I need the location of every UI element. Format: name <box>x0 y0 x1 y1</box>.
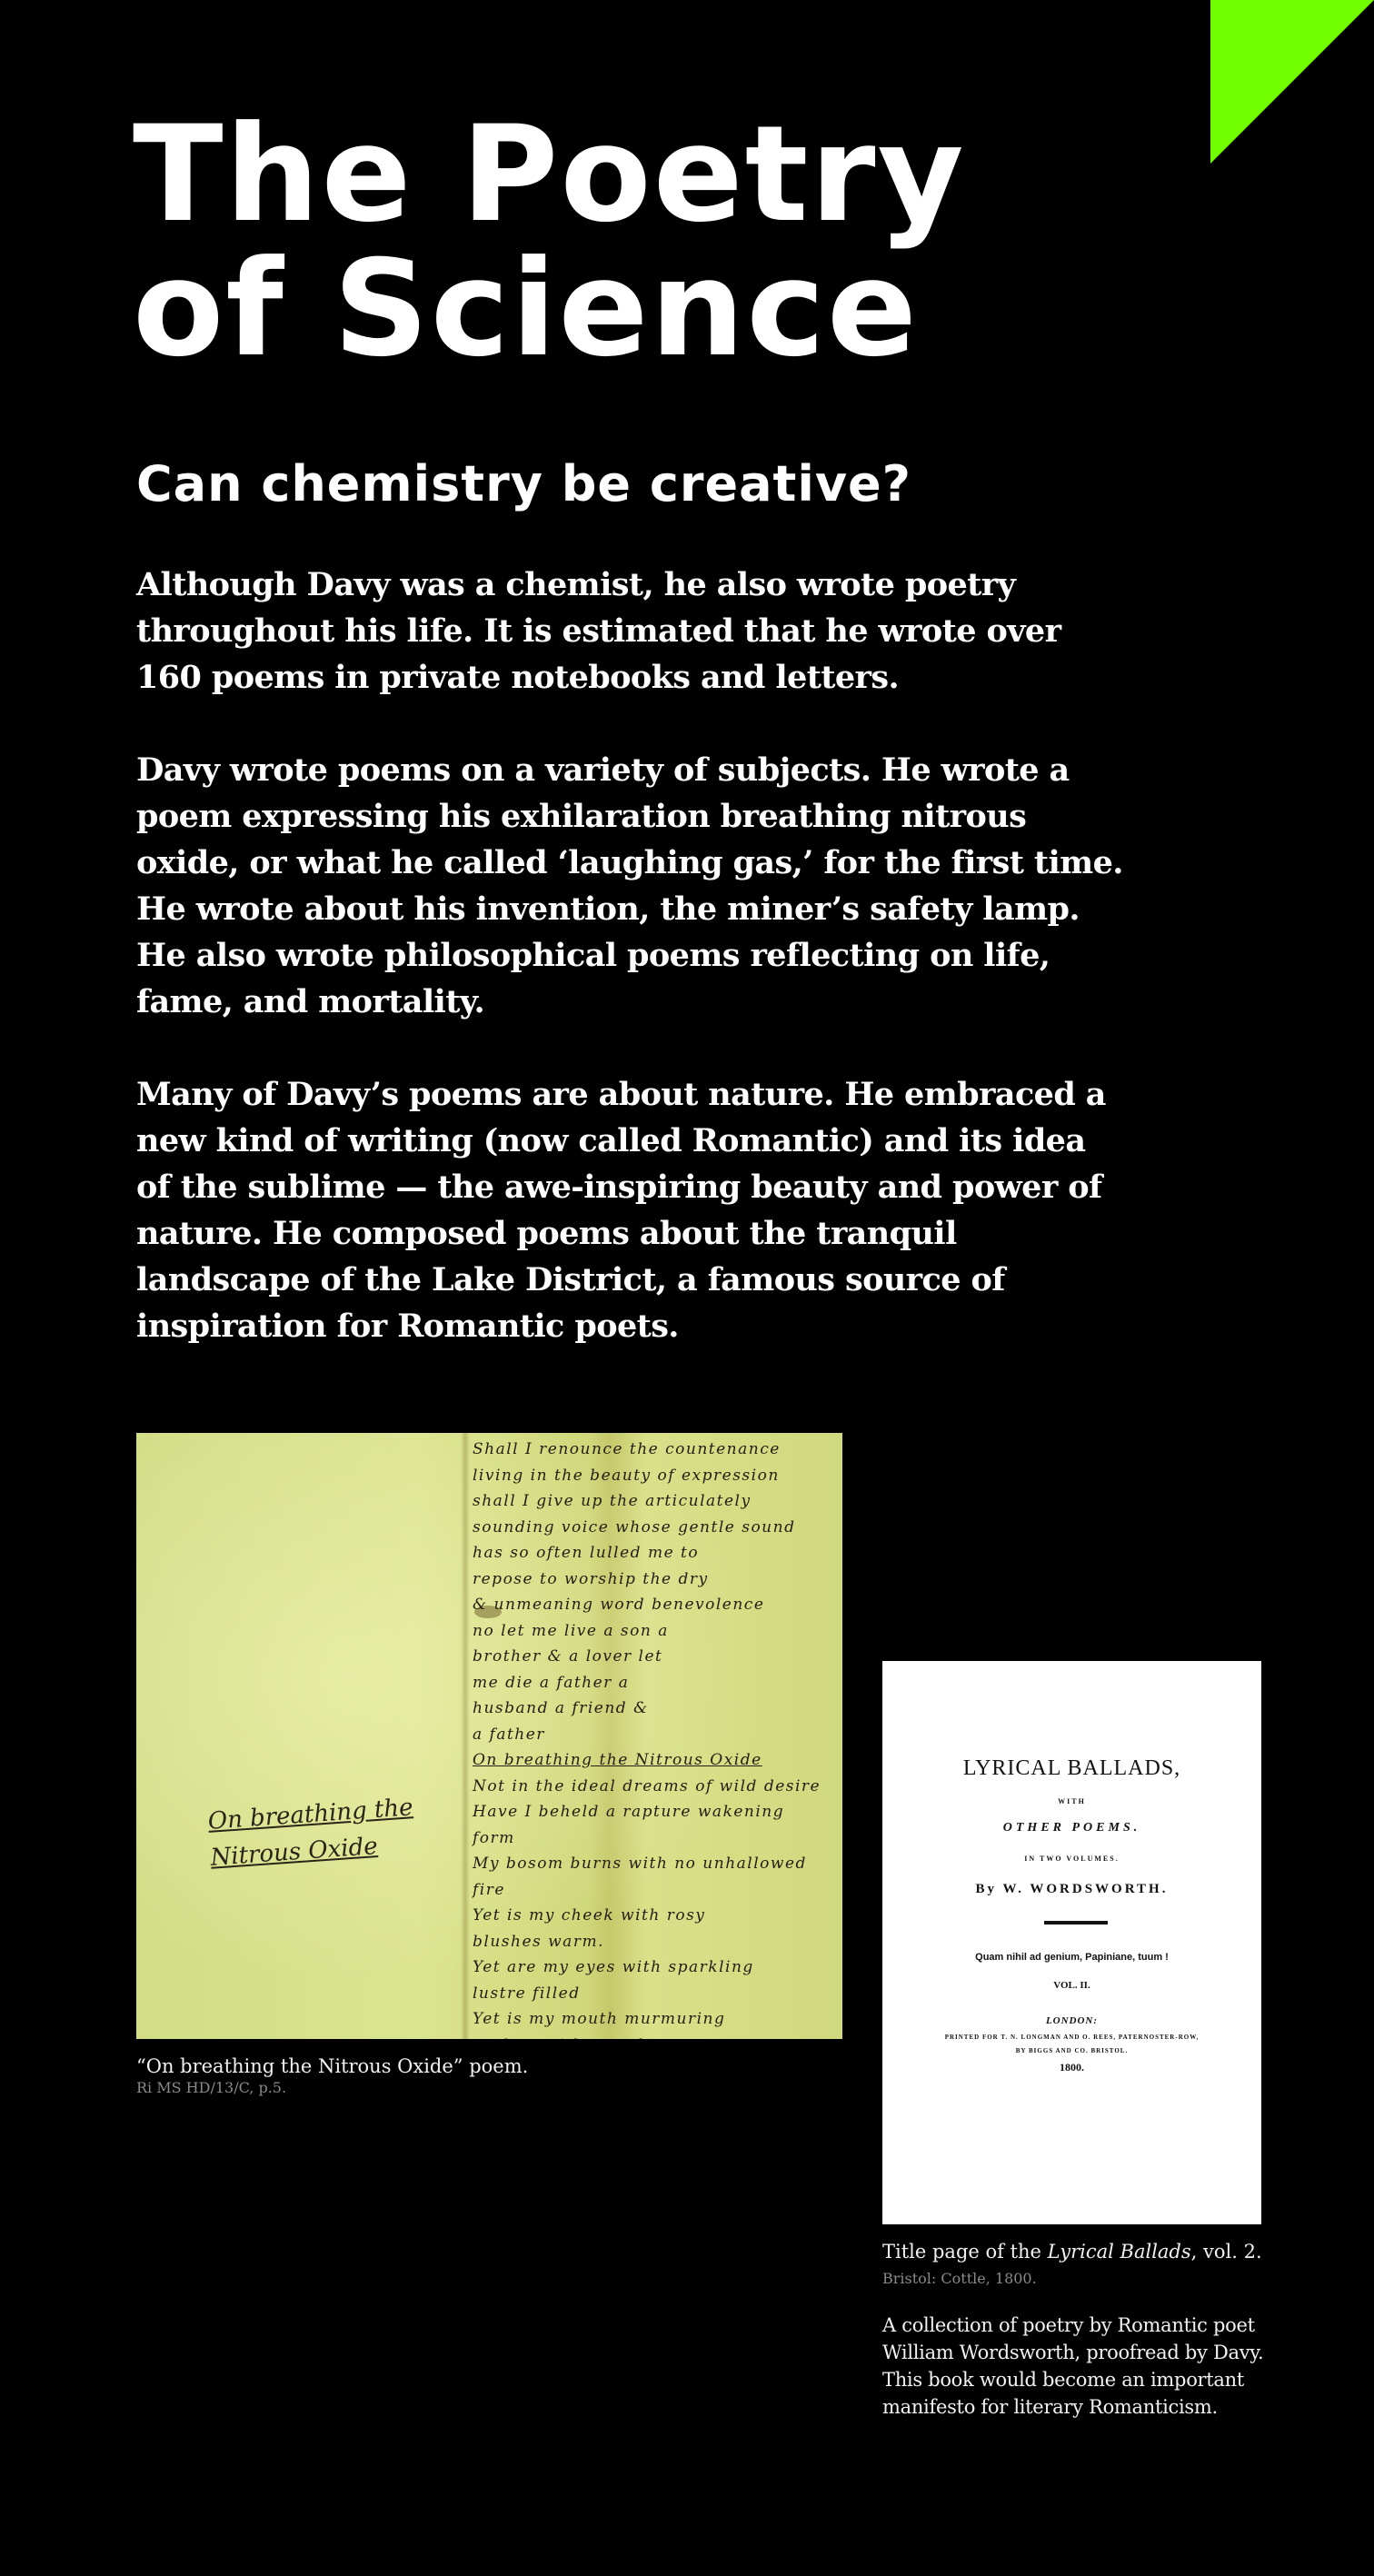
description-line: manifesto for literary Romanticism. <box>882 2393 1355 2421</box>
paragraph-line: of the sublime — the awe-inspiring beaut… <box>136 1164 1154 1210</box>
paragraph-line: Many of Davy’s poems are about nature. H… <box>136 1071 1154 1118</box>
handwriting-line: Yet is my mouth murmuring <box>473 2006 836 2033</box>
paragraph-line: nature. He composed poems about the tran… <box>136 1210 1154 1257</box>
handwriting-line: brother & a lover let <box>473 1644 836 1670</box>
paragraph-2: Davy wrote poems on a variety of subject… <box>136 747 1154 1025</box>
paragraph-line: Although Davy was a chemist, he also wro… <box>136 562 1154 608</box>
title-page-credit: Bristol: Cottle, 1800. <box>882 2269 1037 2289</box>
page-title: The Poetry of Science <box>133 107 966 376</box>
handwriting-line: & unmeaning word benevolence <box>473 1592 836 1618</box>
handwriting-line: Have I beheld a rapture wakening <box>473 1799 836 1825</box>
page-title-line-1: The Poetry <box>133 107 966 242</box>
manuscript-left-page-title: On breathing the Nitrous Oxide <box>206 1789 416 1876</box>
description-line: A collection of poetry by Romantic poet <box>882 2312 1355 2339</box>
handwriting-line: form <box>473 1825 836 1852</box>
title-page-volume: VOL. II. <box>882 1980 1261 1991</box>
corner-triangle-decoration <box>1210 0 1374 164</box>
handwriting-line: living in the beauty of expression <box>473 1463 836 1489</box>
title-page-biggs: BY BIGGS AND CO. BRISTOL. <box>882 2047 1261 2054</box>
paragraph-1: Although Davy was a chemist, he also wro… <box>136 562 1154 701</box>
title-page-caption: Title page of the Lyrical Ballads, vol. … <box>882 2239 1262 2264</box>
paragraph-line: inspiration for Romantic poets. <box>136 1303 1154 1349</box>
handwriting-line: husband a friend & <box>473 1696 836 1722</box>
handwriting-line: sounding voice whose gentle sound <box>473 1515 836 1541</box>
paragraph-line: landscape of the Lake District, a famous… <box>136 1257 1154 1303</box>
handwriting-line: has so often lulled me to <box>473 1540 836 1566</box>
title-page-london: LONDON: <box>882 2015 1261 2026</box>
body-text: Although Davy was a chemist, he also wro… <box>136 562 1154 1396</box>
notebook-gutter <box>461 1433 470 2039</box>
title-page-image: LYRICAL BALLADS, WITH OTHER POEMS. IN TW… <box>882 1661 1261 2224</box>
handwriting-line: replete with sound <box>473 2033 836 2040</box>
paragraph-line: poem expressing his exhilaration breathi… <box>136 793 1154 840</box>
title-page-author: By W. WORDSWORTH. <box>882 1882 1261 1897</box>
title-page-with: WITH <box>882 1797 1261 1805</box>
title-page-other-poems: OTHER POEMS. <box>882 1821 1261 1835</box>
paragraph-line: He also wrote philosophical poems reflec… <box>136 932 1154 979</box>
title-page-rule <box>1044 1921 1108 1925</box>
manuscript-credit: Ri MS HD/13/C, p.5. <box>136 2078 286 2098</box>
paragraph-line: throughout his life. It is estimated tha… <box>136 608 1154 654</box>
handwriting-line: Yet is my cheek with rosy <box>473 1903 836 1929</box>
manuscript-image: On breathing the Nitrous Oxide Shall I r… <box>136 1433 842 2039</box>
title-page-motto: Quam nihil ad genium, Papiniane, tuum ! <box>882 1952 1261 1963</box>
handwriting-line: Not in the ideal dreams of wild desire <box>473 1774 836 1800</box>
handwriting-line: repose to worship the dry <box>473 1566 836 1593</box>
caption-prefix: Title page of the <box>882 2241 1048 2263</box>
manuscript-handwriting: Shall I renounce the countenance living … <box>473 1437 836 2039</box>
handwriting-line: lustre filled <box>473 1981 836 2007</box>
handwriting-line: blushes warm. <box>473 1929 836 1955</box>
description-line: This book would become an important <box>882 2366 1355 2393</box>
paragraph-3: Many of Davy’s poems are about nature. H… <box>136 1071 1154 1349</box>
description-line: William Wordsworth, proofread by Davy. <box>882 2339 1355 2366</box>
title-page-description: A collection of poetry by Romantic poet … <box>882 2312 1355 2421</box>
caption-suffix: , vol. 2. <box>1191 2241 1262 2263</box>
handwriting-line: no let me live a son a <box>473 1618 836 1645</box>
title-page-volumes: IN TWO VOLUMES. <box>882 1855 1261 1863</box>
paragraph-line: oxide, or what he called ‘laughing gas,’… <box>136 840 1154 886</box>
title-page-title: LYRICAL BALLADS, <box>882 1756 1261 1781</box>
handwriting-line: shall I give up the articulately <box>473 1488 836 1515</box>
paragraph-line: Davy wrote poems on a variety of subject… <box>136 747 1154 793</box>
title-page-year: 1800. <box>882 2061 1261 2074</box>
page-title-line-2: of Science <box>133 242 966 376</box>
title-page-printer: PRINTED FOR T. N. LONGMAN AND O. REES, P… <box>882 2034 1261 2041</box>
handwriting-poem-heading: On breathing the Nitrous Oxide <box>473 1747 836 1774</box>
paragraph-line: 160 poems in private notebooks and lette… <box>136 654 1154 701</box>
handwriting-line: a father <box>473 1722 836 1748</box>
caption-book-title: Lyrical Ballads <box>1048 2241 1191 2263</box>
handwriting-line: My bosom burns with no unhallowed <box>473 1851 836 1877</box>
paragraph-line: He wrote about his invention, the miner’… <box>136 886 1154 932</box>
page-subtitle: Can chemistry be creative? <box>136 454 911 514</box>
manuscript-caption: “On breathing the Nitrous Oxide” poem. <box>136 2054 528 2079</box>
paragraph-line: new kind of writing (now called Romantic… <box>136 1118 1154 1164</box>
handwriting-line: fire <box>473 1877 836 1904</box>
handwriting-line: Shall I renounce the countenance <box>473 1437 836 1463</box>
handwriting-line: me die a father a <box>473 1670 836 1696</box>
paragraph-line: fame, and mortality. <box>136 979 1154 1025</box>
handwriting-line: Yet are my eyes with sparkling <box>473 1954 836 1981</box>
